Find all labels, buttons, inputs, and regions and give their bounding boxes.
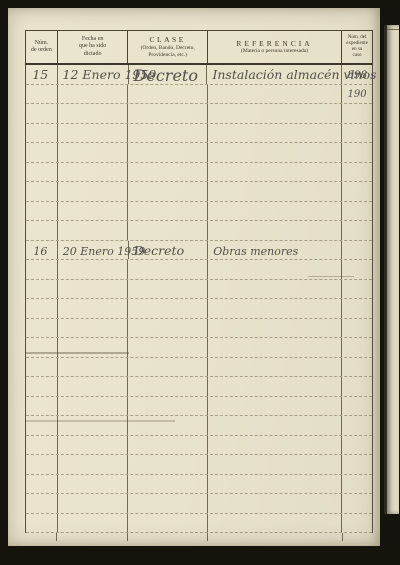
cell-fecha: [58, 436, 129, 455]
cell-referencia: [208, 416, 342, 435]
cell-referencia: [208, 494, 342, 513]
cell-expediente: [342, 202, 372, 221]
table-row: [26, 377, 372, 397]
cell-clase: [128, 475, 208, 494]
table-row: [26, 221, 372, 241]
cell-expediente: [342, 163, 372, 182]
cell-num-orden: [26, 280, 58, 299]
cell-expediente: [342, 241, 372, 260]
cell-referencia: [208, 182, 342, 201]
cell-referencia: [208, 377, 342, 396]
header-line: que ha sido: [79, 43, 106, 51]
cell-referencia: [208, 397, 342, 416]
table-row: [26, 260, 372, 280]
cell-referencia: [208, 104, 342, 123]
cell-clase: Decreto: [129, 65, 208, 84]
cell-clase: [128, 280, 208, 299]
cell-fecha: [58, 182, 129, 201]
header-title: REFERENCIA: [236, 39, 312, 48]
cell-referencia: [208, 514, 342, 533]
cell-expediente: [342, 494, 372, 513]
cell-clase: [128, 182, 208, 201]
header-subtitle-line: (Orden, Bando, Decreto,: [141, 45, 195, 52]
cell-expediente: [342, 299, 372, 318]
cell-num-orden: [26, 124, 58, 143]
header-line: de orden: [31, 47, 52, 55]
cell-referencia: [208, 260, 342, 279]
cell-num-orden: [26, 377, 58, 396]
cell-expediente: [342, 416, 372, 435]
cell-referencia: Obras menores: [208, 241, 342, 260]
adjacent-page-rule: [387, 29, 399, 30]
stub-cell: [343, 533, 373, 541]
cell-referencia: [208, 280, 342, 299]
cell-fecha: [58, 85, 129, 104]
cell-clase: [128, 260, 208, 279]
cell-clase: [128, 221, 208, 240]
cell-num-orden: [26, 397, 58, 416]
cell-num-orden: [26, 514, 58, 533]
cell-fecha: [58, 202, 129, 221]
cell-fecha: [58, 104, 129, 123]
cell-num-orden: 16: [26, 241, 58, 260]
cell-fecha: [58, 338, 129, 357]
register-table: Núm. de orden Fecha en que ha sido dicta…: [25, 30, 373, 541]
header-title: CLASE: [150, 35, 186, 44]
cell-expediente: [342, 475, 372, 494]
cell-expediente: [342, 377, 372, 396]
cell-num-orden: 15: [26, 65, 58, 84]
cell-num-orden: [26, 182, 58, 201]
table-row: [26, 416, 372, 436]
table-row: [26, 202, 372, 222]
cell-expediente: 190: [342, 85, 372, 104]
cell-expediente: [342, 455, 372, 474]
cell-clase: [128, 358, 208, 377]
cell-fecha: 20 Enero 1959: [58, 241, 129, 260]
cell-referencia: [208, 436, 342, 455]
cell-num-orden: [26, 338, 58, 357]
cell-fecha: [58, 494, 129, 513]
table-row: [26, 455, 372, 475]
cell-num-orden: [26, 163, 58, 182]
cell-referencia: [208, 221, 342, 240]
cell-referencia: [208, 358, 342, 377]
cell-clase: [128, 104, 208, 123]
stub-cell: [128, 533, 208, 541]
cell-expediente: [342, 436, 372, 455]
table-row: [26, 280, 372, 300]
table-row: [26, 163, 372, 183]
cell-clase: [128, 338, 208, 357]
header-line: dictado: [84, 51, 102, 59]
table-row: [26, 397, 372, 417]
cell-fecha: [58, 455, 129, 474]
cell-fecha: 12 Enero 1959: [58, 65, 129, 84]
table-row: [26, 104, 372, 124]
cell-referencia: [208, 143, 342, 162]
cell-referencia: [208, 338, 342, 357]
cell-referencia: [208, 163, 342, 182]
cell-fecha: [58, 377, 129, 396]
cell-num-orden: [26, 104, 58, 123]
stub-cell: [208, 533, 343, 541]
cell-clase: [128, 514, 208, 533]
cell-expediente: [342, 221, 372, 240]
table-row: [26, 143, 372, 163]
cell-clase: [128, 319, 208, 338]
cell-expediente: [342, 280, 372, 299]
cell-num-orden: [26, 85, 58, 104]
header-line: Núm.: [35, 40, 49, 48]
table-row: 15 12 Enero 1959 Decreto Instalación alm…: [26, 65, 372, 85]
cell-referencia: Instalación almacén vinos: [207, 65, 342, 84]
table-row: [26, 475, 372, 495]
cell-clase: [128, 143, 208, 162]
table-bottom-stub: [25, 533, 373, 541]
cell-num-orden: [26, 221, 58, 240]
cell-clase: [128, 455, 208, 474]
cell-fecha: [58, 358, 129, 377]
cell-fecha: [58, 319, 129, 338]
table-row: [26, 436, 372, 456]
cell-expediente: [342, 514, 372, 533]
table-row: 190: [26, 85, 372, 105]
cell-fecha: [58, 260, 129, 279]
cell-expediente: [342, 397, 372, 416]
table-row: [26, 124, 372, 144]
table-body: 15 12 Enero 1959 Decreto Instalación alm…: [25, 65, 373, 533]
table-row: [26, 299, 372, 319]
cell-fecha: [58, 514, 129, 533]
cell-fecha: [58, 124, 129, 143]
stub-cell: [25, 533, 57, 541]
cell-clase: [128, 202, 208, 221]
cell-fecha: [58, 221, 129, 240]
cell-fecha: [58, 475, 129, 494]
cell-expediente: [342, 143, 372, 162]
cell-fecha: [58, 143, 129, 162]
cell-expediente: [342, 182, 372, 201]
header-line: caso: [353, 53, 362, 59]
table-row: 16 20 Enero 1959 Decreto Obras menores: [26, 241, 372, 261]
header-line: Fecha en: [82, 36, 104, 44]
cell-clase: [128, 85, 208, 104]
cell-expediente: [342, 260, 372, 279]
cell-fecha: [58, 416, 129, 435]
cell-referencia: [208, 455, 342, 474]
cell-fecha: [58, 163, 129, 182]
header-subtitle-line: Providencia, etc.): [148, 52, 187, 59]
ledger-page: Núm. de orden Fecha en que ha sido dicta…: [8, 8, 380, 546]
cell-referencia: [208, 124, 342, 143]
cell-num-orden: [26, 475, 58, 494]
table-row: [26, 494, 372, 514]
cell-fecha: [58, 299, 129, 318]
header-subtitle-line: (Materia o persona interesada): [241, 48, 308, 55]
table-row: [26, 182, 372, 202]
cell-expediente: [342, 104, 372, 123]
cell-referencia: [208, 202, 342, 221]
cell-clase: [128, 494, 208, 513]
cell-num-orden: [26, 319, 58, 338]
cell-num-orden: [26, 143, 58, 162]
cell-clase: [128, 397, 208, 416]
cell-referencia: [208, 475, 342, 494]
cell-num-orden: [26, 416, 58, 435]
column-header-referencia: REFERENCIA (Materia o persona interesada…: [208, 31, 342, 63]
cell-clase: [128, 124, 208, 143]
column-header-fecha: Fecha en que ha sido dictado: [58, 31, 129, 63]
cell-clase: Decreto: [129, 241, 208, 260]
cell-num-orden: [26, 455, 58, 474]
table-row: [26, 514, 372, 534]
cell-num-orden: [26, 260, 58, 279]
cell-expediente: [342, 358, 372, 377]
column-header-expediente: Núm. del expediente en su caso: [342, 31, 372, 63]
cell-num-orden: [26, 494, 58, 513]
table-row: [26, 338, 372, 358]
cell-num-orden: [26, 202, 58, 221]
cell-fecha: [58, 280, 129, 299]
cell-num-orden: [26, 436, 58, 455]
table-row: [26, 319, 372, 339]
table-header: Núm. de orden Fecha en que ha sido dicta…: [25, 30, 373, 65]
column-header-num-orden: Núm. de orden: [26, 31, 58, 63]
cell-expediente: [342, 124, 372, 143]
cell-expediente: [342, 319, 372, 338]
scanned-register-sheet: Núm. de orden Fecha en que ha sido dicta…: [0, 0, 400, 565]
table-row: [26, 358, 372, 378]
cell-expediente: [342, 338, 372, 357]
cell-clase: [128, 377, 208, 396]
cell-referencia: [208, 319, 342, 338]
cell-clase: [128, 163, 208, 182]
cell-expediente: 898: [342, 65, 372, 84]
column-header-clase: CLASE (Orden, Bando, Decreto, Providenci…: [128, 31, 208, 63]
adjacent-page-edge: [384, 25, 399, 514]
cell-referencia: [208, 85, 342, 104]
stub-cell: [57, 533, 128, 541]
cell-num-orden: [26, 358, 58, 377]
cell-clase: [128, 436, 208, 455]
cell-referencia: [208, 299, 342, 318]
cell-clase: [128, 416, 208, 435]
cell-fecha: [58, 397, 129, 416]
cell-clase: [128, 299, 208, 318]
cell-num-orden: [26, 299, 58, 318]
